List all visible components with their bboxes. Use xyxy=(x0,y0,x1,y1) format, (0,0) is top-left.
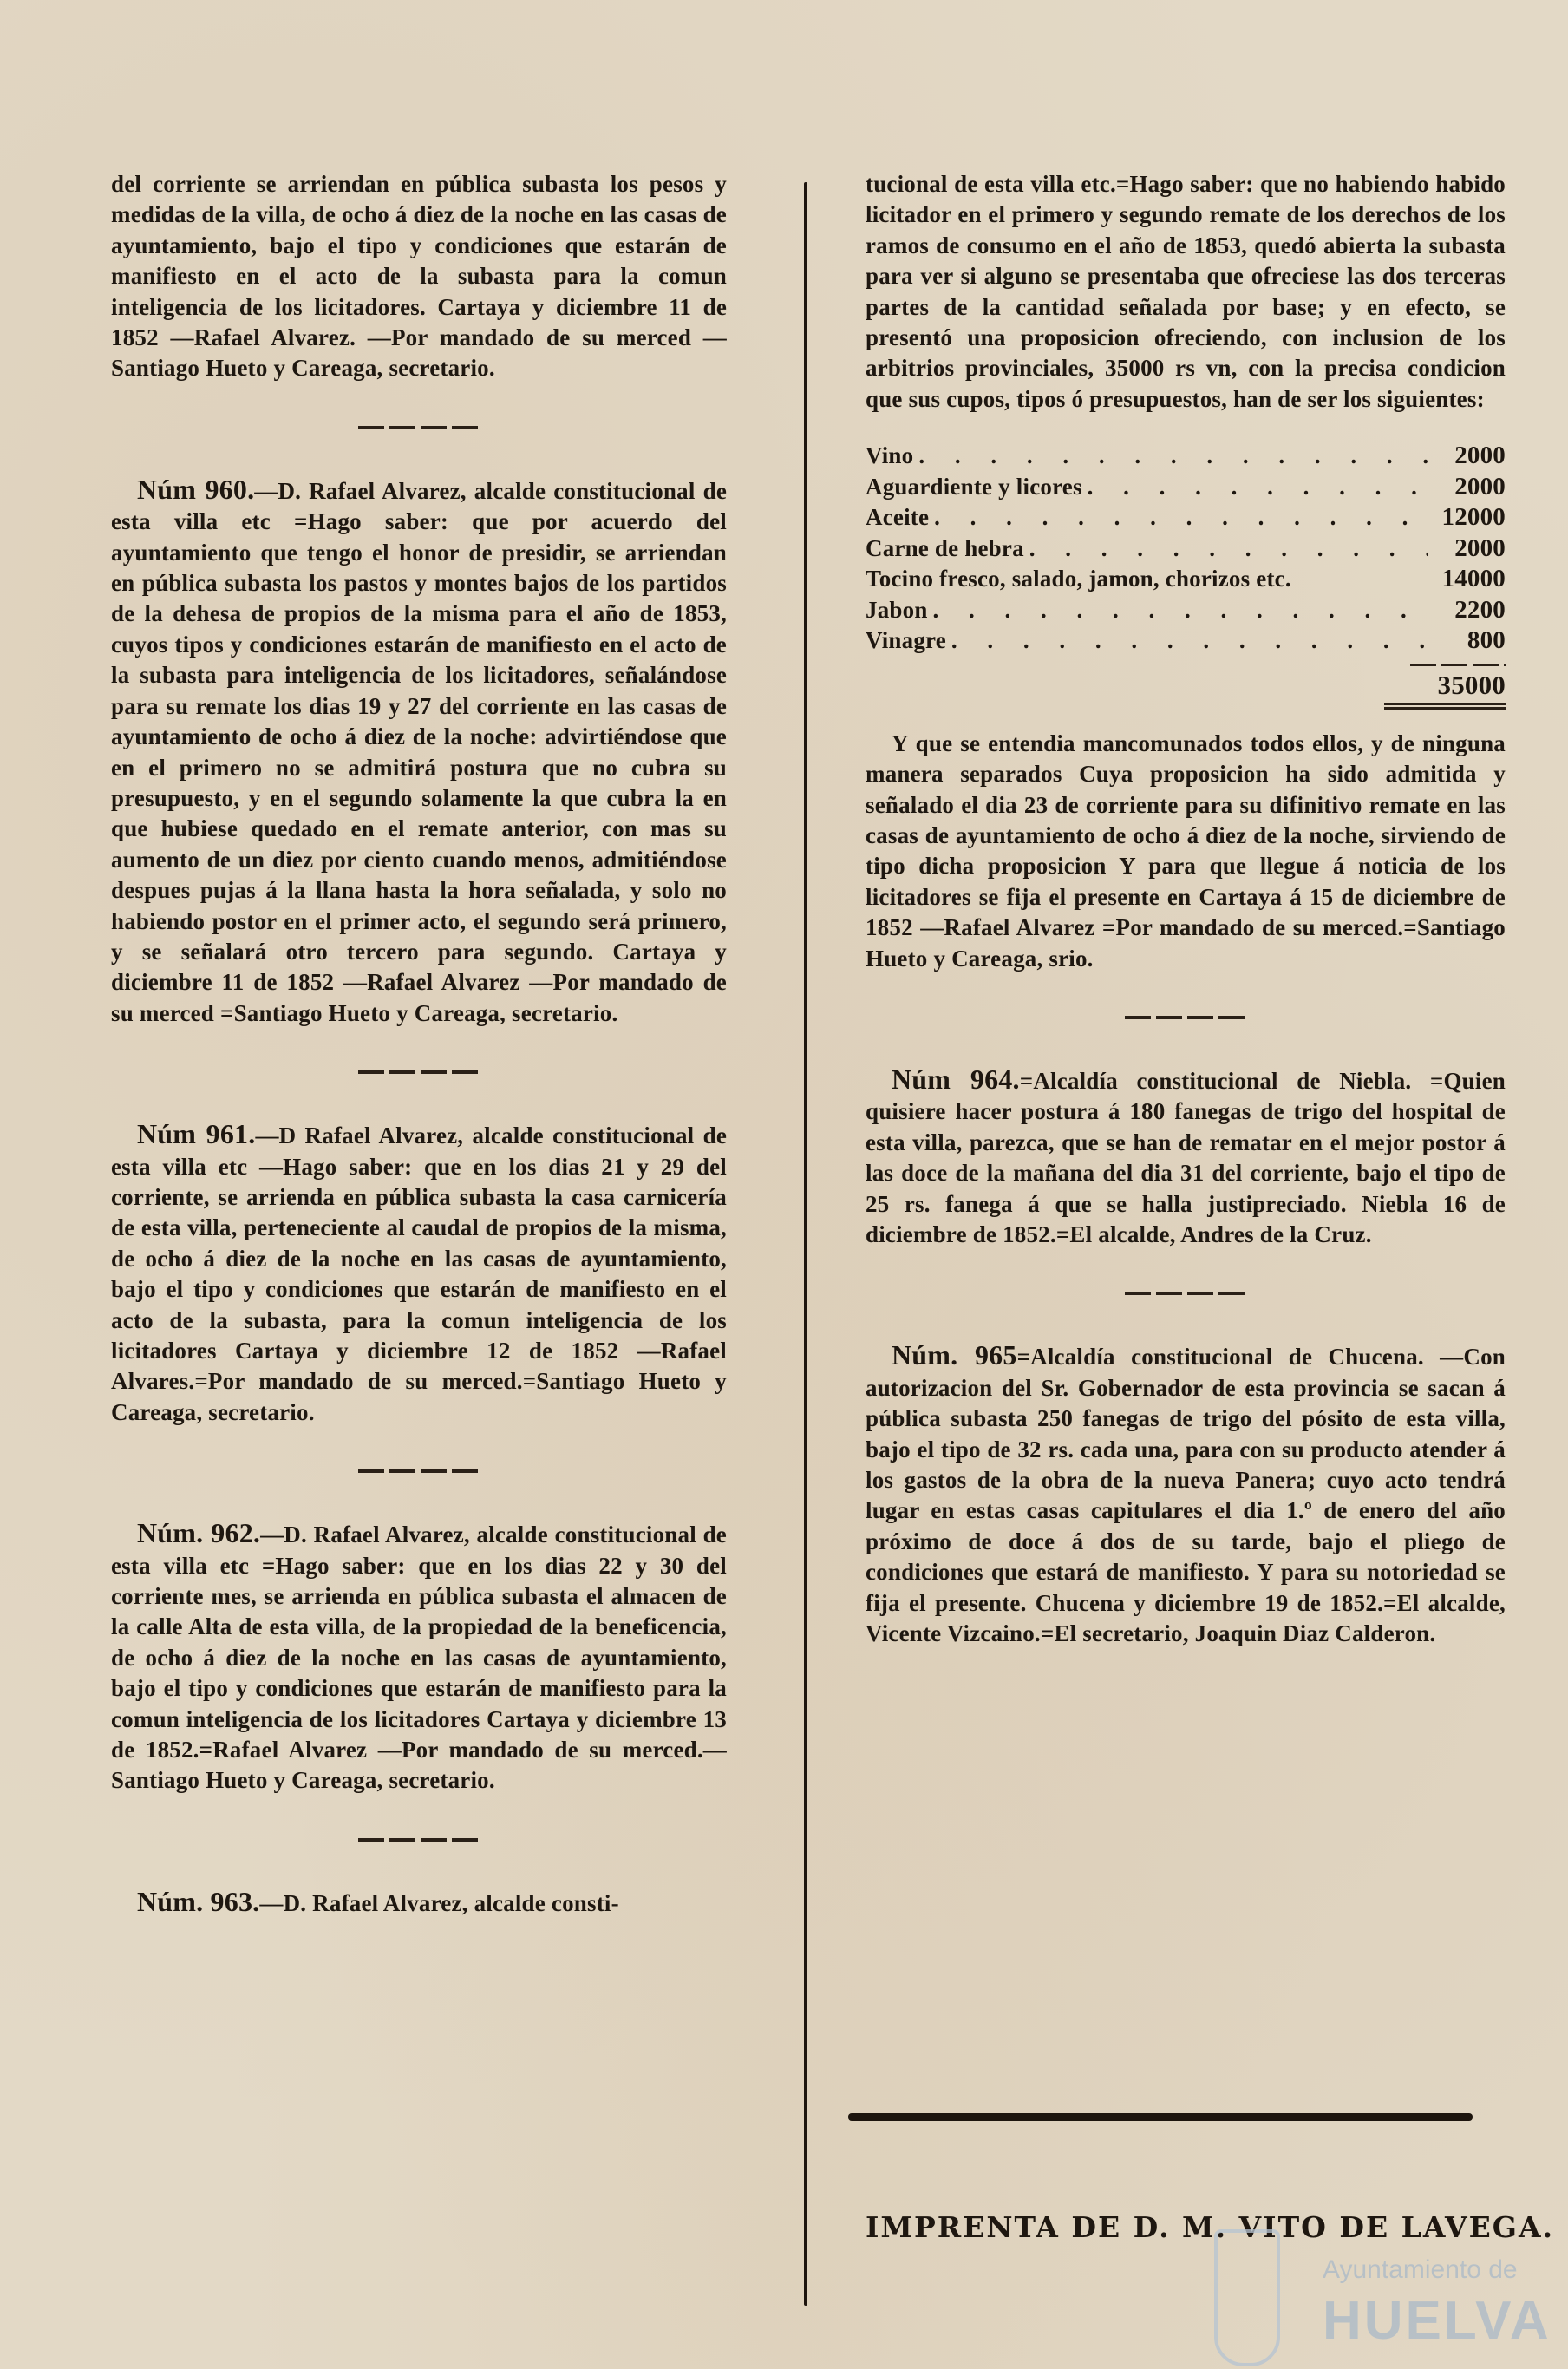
tariff-item-amount: 12000 xyxy=(1428,502,1506,533)
notice-number: Núm. 965 xyxy=(892,1339,1017,1371)
leader-dots: . . . . . . . . . . . . . . . . . . . . … xyxy=(913,441,1428,471)
tariff-item-name: Carne de hebra xyxy=(866,533,1024,564)
tariff-total: 35000 xyxy=(866,670,1506,703)
tariff-row: Jabon . . . . . . . . . . . . . . . . . … xyxy=(866,595,1506,626)
total-double-rule xyxy=(1384,703,1506,710)
tariff-item-name: Aguardiente y licores xyxy=(866,472,1082,502)
notice-number: Núm. 962. xyxy=(137,1517,260,1548)
watermark-line2: HUELVA xyxy=(1323,2290,1552,2352)
section-separator xyxy=(358,1469,480,1473)
tariff-row: Tocino fresco, salado, jamon, chorizos e… xyxy=(866,564,1506,595)
section-separator xyxy=(358,426,480,429)
subtotal-rule xyxy=(1410,664,1506,666)
leader-dots: . . . . . . . . . . . . . . . . . . . . … xyxy=(929,502,1428,533)
tariff-item-amount: 2000 xyxy=(1428,472,1506,502)
coat-of-arms-icon xyxy=(1214,2229,1280,2366)
tariff-item-name: Vino xyxy=(866,441,913,471)
archive-watermark: Ayuntamiento de HUELVA xyxy=(1214,2221,1544,2369)
tariff-item-name: Tocino fresco, salado, jamon, chorizos e… xyxy=(866,564,1291,594)
tariff-row: Carne de hebra . . . . . . . . . . . . .… xyxy=(866,533,1506,565)
notice-962: Núm. 962.—D. Rafael Alvarez, alcalde con… xyxy=(111,1518,727,1796)
leader-dots: . . . . . . . . . . . . . . . . . . . . … xyxy=(1024,533,1428,564)
tariff-item-amount: 14000 xyxy=(1428,564,1506,594)
notice-965: Núm. 965=Alcaldía constitucional de Chuc… xyxy=(866,1340,1506,1649)
right-column: tucional de esta villa etc.=Hago saber: … xyxy=(866,169,1506,1650)
leader-dots: . . . . . . . . . . . . . . . . . . . . … xyxy=(946,625,1428,656)
notice-number: Núm. 963. xyxy=(137,1886,259,1917)
closing-rule xyxy=(848,2113,1473,2121)
tariff-item-name: Aceite xyxy=(866,502,929,533)
continued-notice-text: tucional de esta villa etc.=Hago saber: … xyxy=(866,169,1506,415)
tariff-closing-text: Y que se entendia mancomunados todos ell… xyxy=(866,729,1506,974)
tariff-table: Vino . . . . . . . . . . . . . . . . . .… xyxy=(866,441,1506,710)
notice-number: Núm 964. xyxy=(892,1063,1020,1095)
tariff-item-name: Jabon xyxy=(866,595,928,625)
notice-960: Núm 960.—D. Rafael Alvarez, alcalde cons… xyxy=(111,474,727,1029)
section-separator xyxy=(358,1070,480,1074)
notice-964: Núm 964.=Alcaldía constitucional de Nieb… xyxy=(866,1064,1506,1250)
notice-body: —D Rafael Alvarez, alcalde constituciona… xyxy=(111,1122,727,1425)
watermark-line1: Ayuntamiento de xyxy=(1323,2255,1518,2285)
tariff-item-amount: 800 xyxy=(1428,625,1506,656)
tariff-row: Vino . . . . . . . . . . . . . . . . . .… xyxy=(866,441,1506,472)
section-separator xyxy=(1125,1016,1246,1019)
leader-dots: . . . . . . . . . . . . . . . . . . . . … xyxy=(1082,472,1428,502)
continued-notice-text: del corriente se arriendan en pública su… xyxy=(111,169,727,384)
notice-body: —D. Rafael Alvarez, alcalde constitucion… xyxy=(111,1522,727,1793)
notice-number: Núm 961. xyxy=(137,1118,255,1149)
section-separator xyxy=(1125,1292,1246,1295)
notice-body: =Alcaldía constitucional de Niebla. =Qui… xyxy=(866,1068,1506,1247)
tariff-row: Aguardiente y licores . . . . . . . . . … xyxy=(866,472,1506,503)
notice-body: —D. Rafael Alvarez, alcalde constitucion… xyxy=(111,478,727,1026)
notice-963: Núm. 963.—D. Rafael Alvarez, alcalde con… xyxy=(111,1887,727,1919)
tariff-item-amount: 2000 xyxy=(1428,441,1506,471)
notice-body: =Alcaldía constitucional de Chucena. —Co… xyxy=(866,1344,1506,1646)
column-divider xyxy=(804,182,807,2306)
tariff-item-amount: 2200 xyxy=(1428,595,1506,625)
leader-dots: . . . . . . . . . . . . . . . . . . . . … xyxy=(928,595,1428,625)
section-separator xyxy=(358,1838,480,1842)
tariff-item-name: Vinagre xyxy=(866,625,946,656)
notice-body: —D. Rafael Alvarez, alcalde consti- xyxy=(259,1890,618,1916)
left-column: del corriente se arriendan en pública su… xyxy=(111,169,727,1919)
tariff-item-amount: 2000 xyxy=(1428,533,1506,564)
notice-number: Núm 960. xyxy=(137,474,254,505)
notice-961: Núm 961.—D Rafael Alvarez, alcalde const… xyxy=(111,1119,727,1428)
tariff-row: Vinagre . . . . . . . . . . . . . . . . … xyxy=(866,625,1506,657)
tariff-row: Aceite . . . . . . . . . . . . . . . . .… xyxy=(866,502,1506,533)
